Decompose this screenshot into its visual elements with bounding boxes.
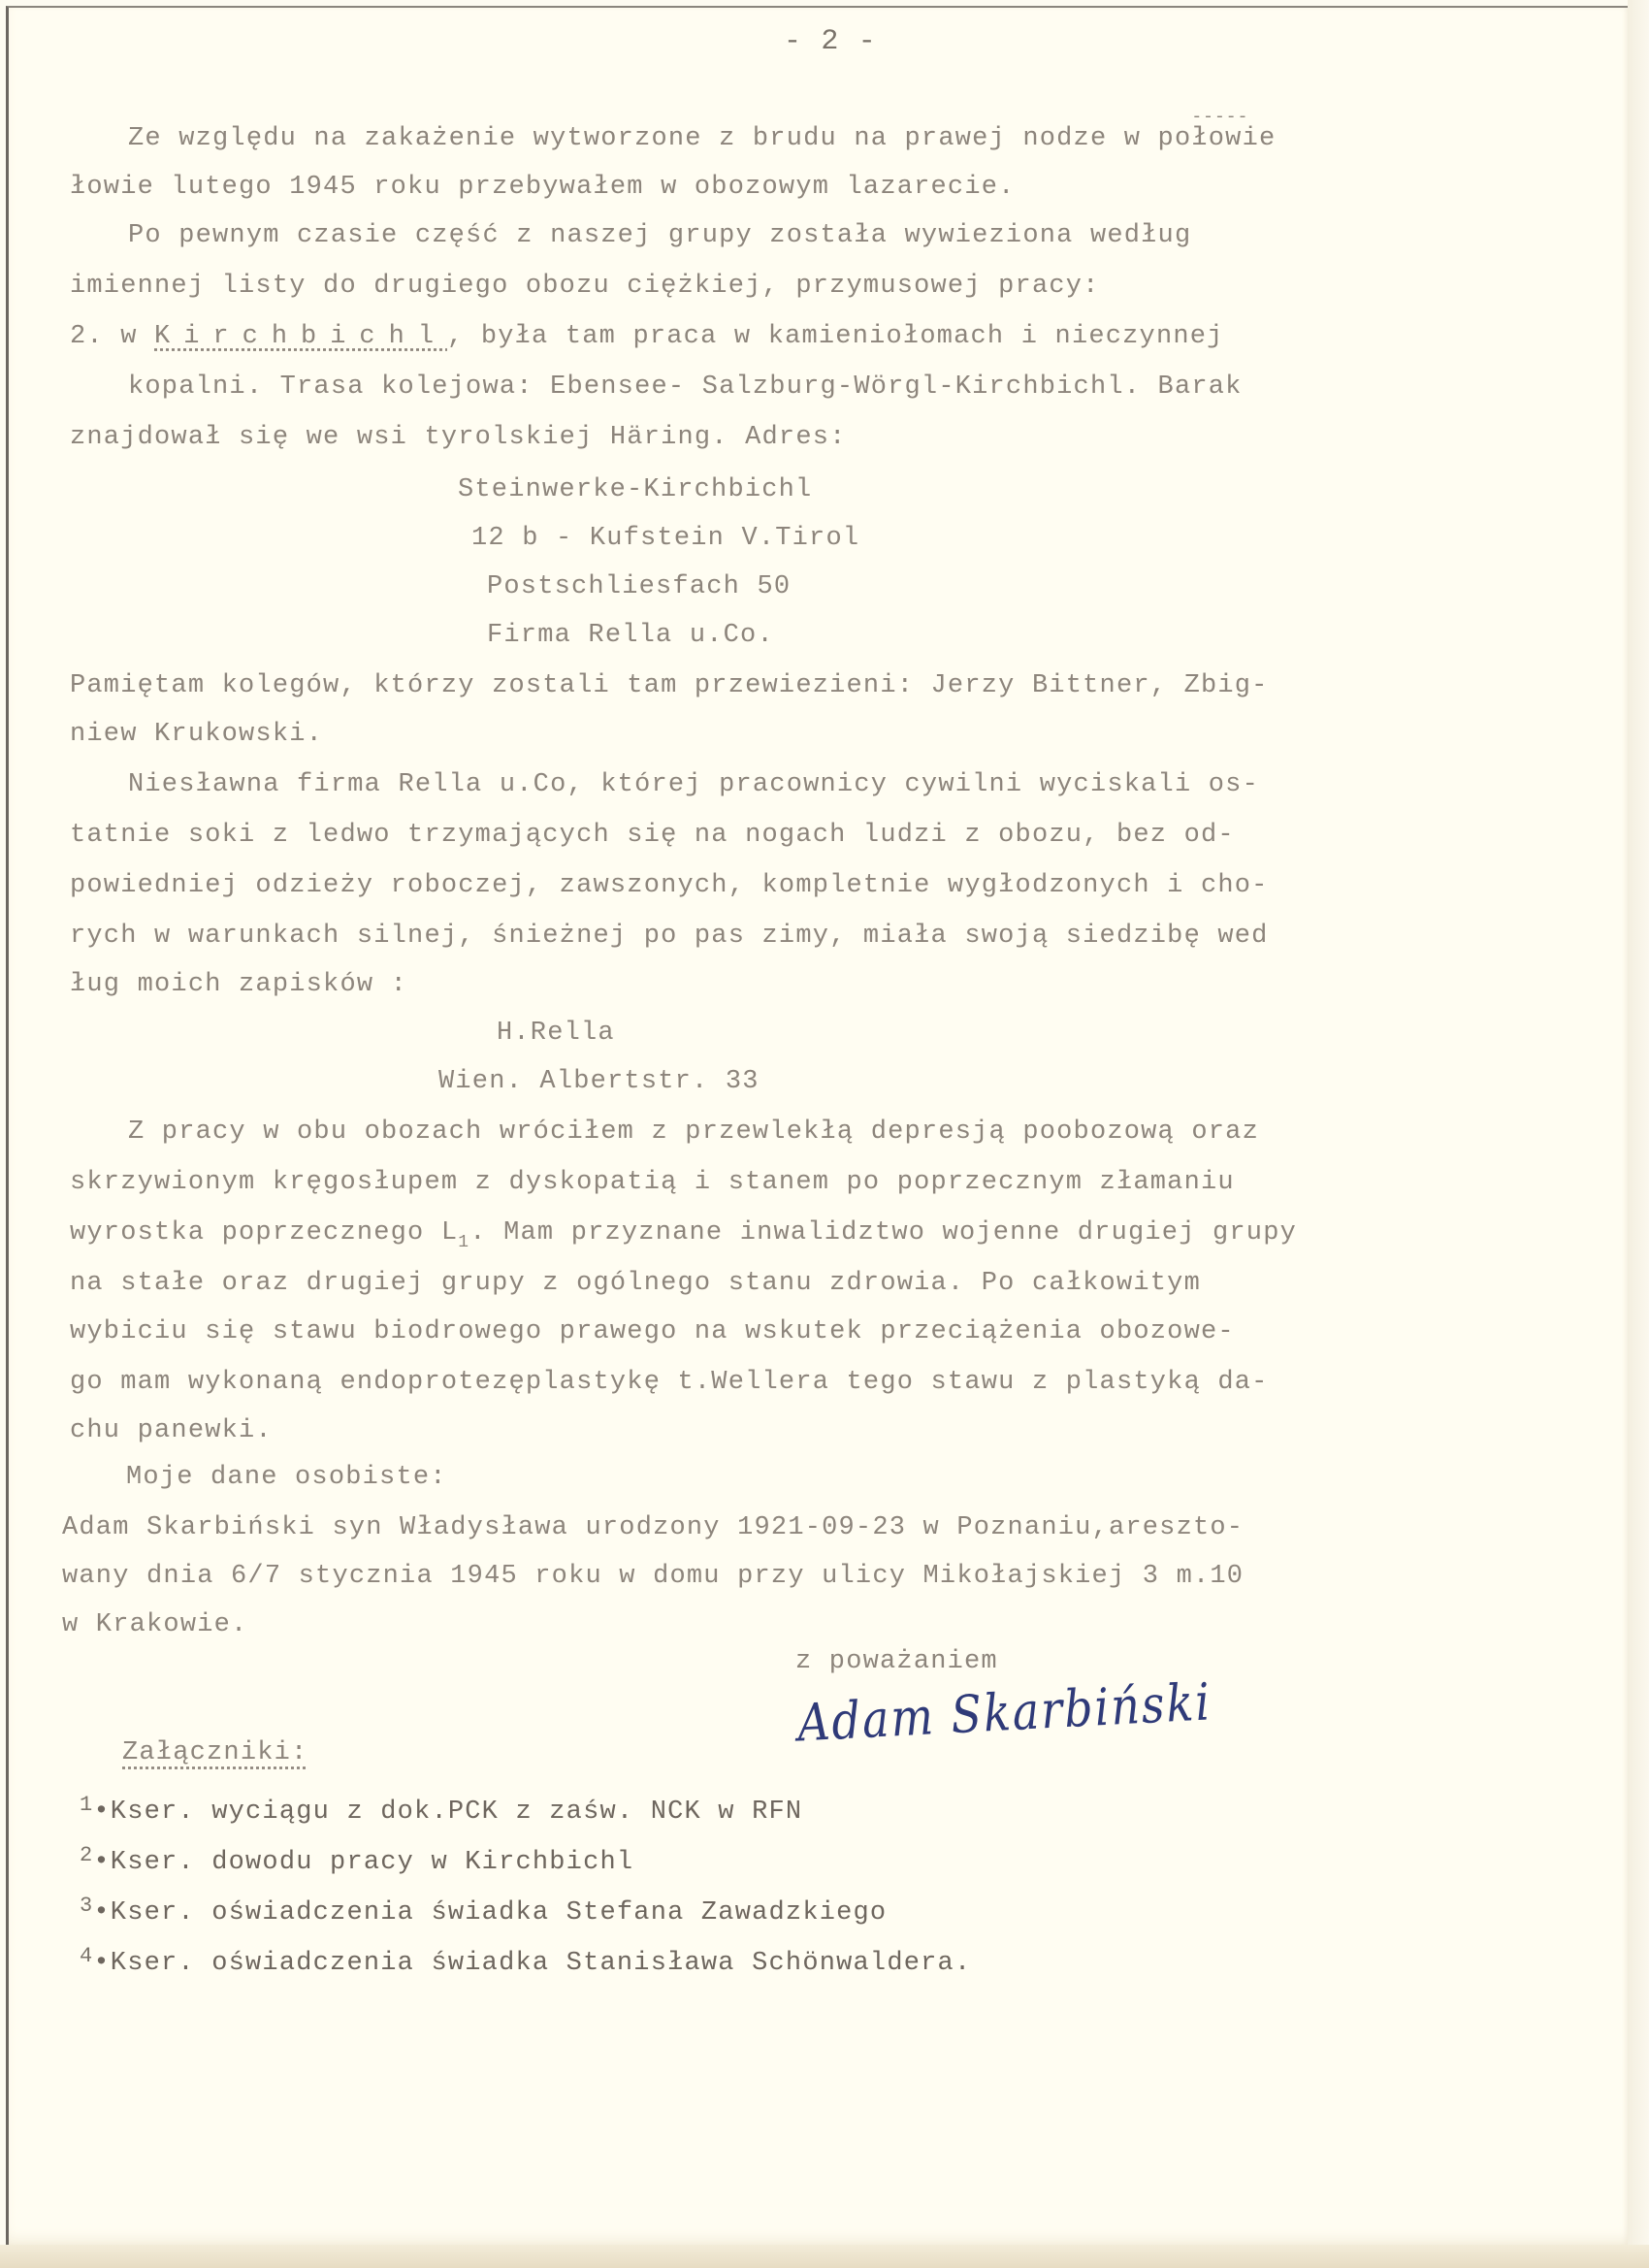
page-number: - 2 - bbox=[784, 27, 877, 56]
corrected-word: łowie----- bbox=[1191, 124, 1276, 153]
personal-data-line-3: w Krakowie. bbox=[62, 1610, 247, 1639]
address-1-line-2: 12 b - Kufstein V.Tirol bbox=[471, 524, 859, 553]
paragraph-2-line-2: imiennej listy do drugiego obozu ciężkie… bbox=[70, 272, 1100, 301]
personal-data-heading: Moje dane osobiste: bbox=[126, 1463, 447, 1492]
vertebra-subscript: 1 bbox=[458, 1233, 469, 1252]
attachment-text: •Kser. dowodu pracy w Kirchbichl bbox=[93, 1848, 633, 1877]
paragraph-1-line-1: Ze względu na zakażenie wytworzone z bru… bbox=[128, 124, 1276, 153]
personal-data-line-1: Adam Skarbiński syn Władysława urodzony … bbox=[62, 1513, 1244, 1542]
attachment-item-4: 4•Kser. oświadczenia świadka Stanisława … bbox=[80, 1942, 971, 1978]
attachment-number: 4 bbox=[80, 1944, 93, 1968]
paragraph-3-line-3: znajdował się we wsi tyrolskiej Häring. … bbox=[70, 423, 847, 452]
colleagues-line-2: niew Krukowski. bbox=[70, 720, 323, 749]
paragraph-3-line-1: 2. w Kirchbichl, była tam praca w kamien… bbox=[70, 322, 1224, 351]
firm-paragraph-line-3: powiedniej odzieży roboczej, zawszonych,… bbox=[70, 871, 1269, 900]
paragraph-2-line-1: Po pewnym czasie część z naszej grupy zo… bbox=[128, 221, 1191, 250]
text-segment: wyrostka poprzecznego L bbox=[70, 1218, 458, 1247]
closing-salutation: z poważaniem bbox=[795, 1647, 998, 1676]
firm-paragraph-line-1: Niesławna firma Rella u.Co, której praco… bbox=[128, 770, 1259, 799]
attachment-text: •Kser. oświadczenia świadka Stefana Zawa… bbox=[93, 1898, 887, 1928]
health-paragraph-line-5: wybiciu się stawu biodrowego prawego na … bbox=[70, 1317, 1235, 1346]
firm-paragraph-line-4: rych w warunkach silnej, śnieżnej po pas… bbox=[70, 922, 1269, 951]
paragraph-3-line-2: kopalni. Trasa kolejowa: Ebensee- Salzbu… bbox=[128, 373, 1243, 402]
attachment-item-1: 1•Kser. wyciągu z dok.PCK z zaśw. NCK w … bbox=[80, 1791, 802, 1827]
attachment-text: •Kser. wyciągu z dok.PCK z zaśw. NCK w R… bbox=[93, 1798, 802, 1827]
text-segment: . Mam przyznane inwalidztwo wojenne drug… bbox=[469, 1218, 1297, 1247]
colleagues-line-1: Pamiętam kolegów, którzy zostali tam prz… bbox=[70, 671, 1269, 700]
attachment-text: •Kser. oświadczenia świadka Stanisława S… bbox=[93, 1949, 971, 1978]
attachment-number: 3 bbox=[80, 1894, 93, 1918]
health-paragraph-line-3: wyrostka poprzecznego L1. Mam przyznane … bbox=[70, 1218, 1297, 1257]
page-edge-right bbox=[1628, 0, 1649, 2268]
attachment-number: 2 bbox=[80, 1843, 93, 1867]
attachment-number: 1 bbox=[80, 1793, 93, 1817]
list-number: 2. w bbox=[70, 322, 154, 351]
page-edge-bottom bbox=[0, 2245, 1649, 2268]
place-name-kirchbichl: Kirchbichl bbox=[154, 322, 447, 351]
strike-marks: ----- bbox=[1191, 103, 1248, 132]
firm-paragraph-line-5: ług moich zapisków : bbox=[70, 970, 407, 999]
address-1-line-4: Firma Rella u.Co. bbox=[487, 621, 774, 650]
address-2-line-1: H.Rella bbox=[497, 1019, 615, 1048]
address-2-line-2: Wien. Albertstr. 33 bbox=[438, 1067, 760, 1096]
health-paragraph-line-4: na stałe oraz drugiej grupy z ogólnego s… bbox=[70, 1269, 1201, 1298]
paragraph-1-line-2: łowie lutego 1945 roku przebywałem w obo… bbox=[70, 173, 1016, 202]
attachments-heading: Załączniki: bbox=[122, 1738, 307, 1767]
health-paragraph-line-6: go mam wykonaną endoprotezęplastykę t.We… bbox=[70, 1368, 1269, 1397]
personal-data-line-2: wany dnia 6/7 stycznia 1945 roku w domu … bbox=[62, 1562, 1244, 1591]
text-segment: , była tam praca w kamieniołomach i niec… bbox=[447, 322, 1224, 351]
attachment-item-3: 3•Kser. oświadczenia świadka Stefana Zaw… bbox=[80, 1892, 887, 1928]
address-1-line-1: Steinwerke-Kirchbichl bbox=[458, 475, 812, 504]
text-segment: Ze względu na zakażenie wytworzone z bru… bbox=[128, 124, 1191, 153]
health-paragraph-line-2: skrzywionym kręgosłupem z dyskopatią i s… bbox=[70, 1168, 1235, 1197]
attachment-item-2: 2•Kser. dowodu pracy w Kirchbichl bbox=[80, 1841, 633, 1877]
address-1-line-3: Postschliesfach 50 bbox=[487, 572, 791, 601]
health-paragraph-line-7: chu panewki. bbox=[70, 1416, 273, 1445]
firm-paragraph-line-2: tatnie soki z ledwo trzymających się na … bbox=[70, 821, 1235, 850]
health-paragraph-line-1: Z pracy w obu obozach wróciłem z przewle… bbox=[128, 1118, 1259, 1147]
